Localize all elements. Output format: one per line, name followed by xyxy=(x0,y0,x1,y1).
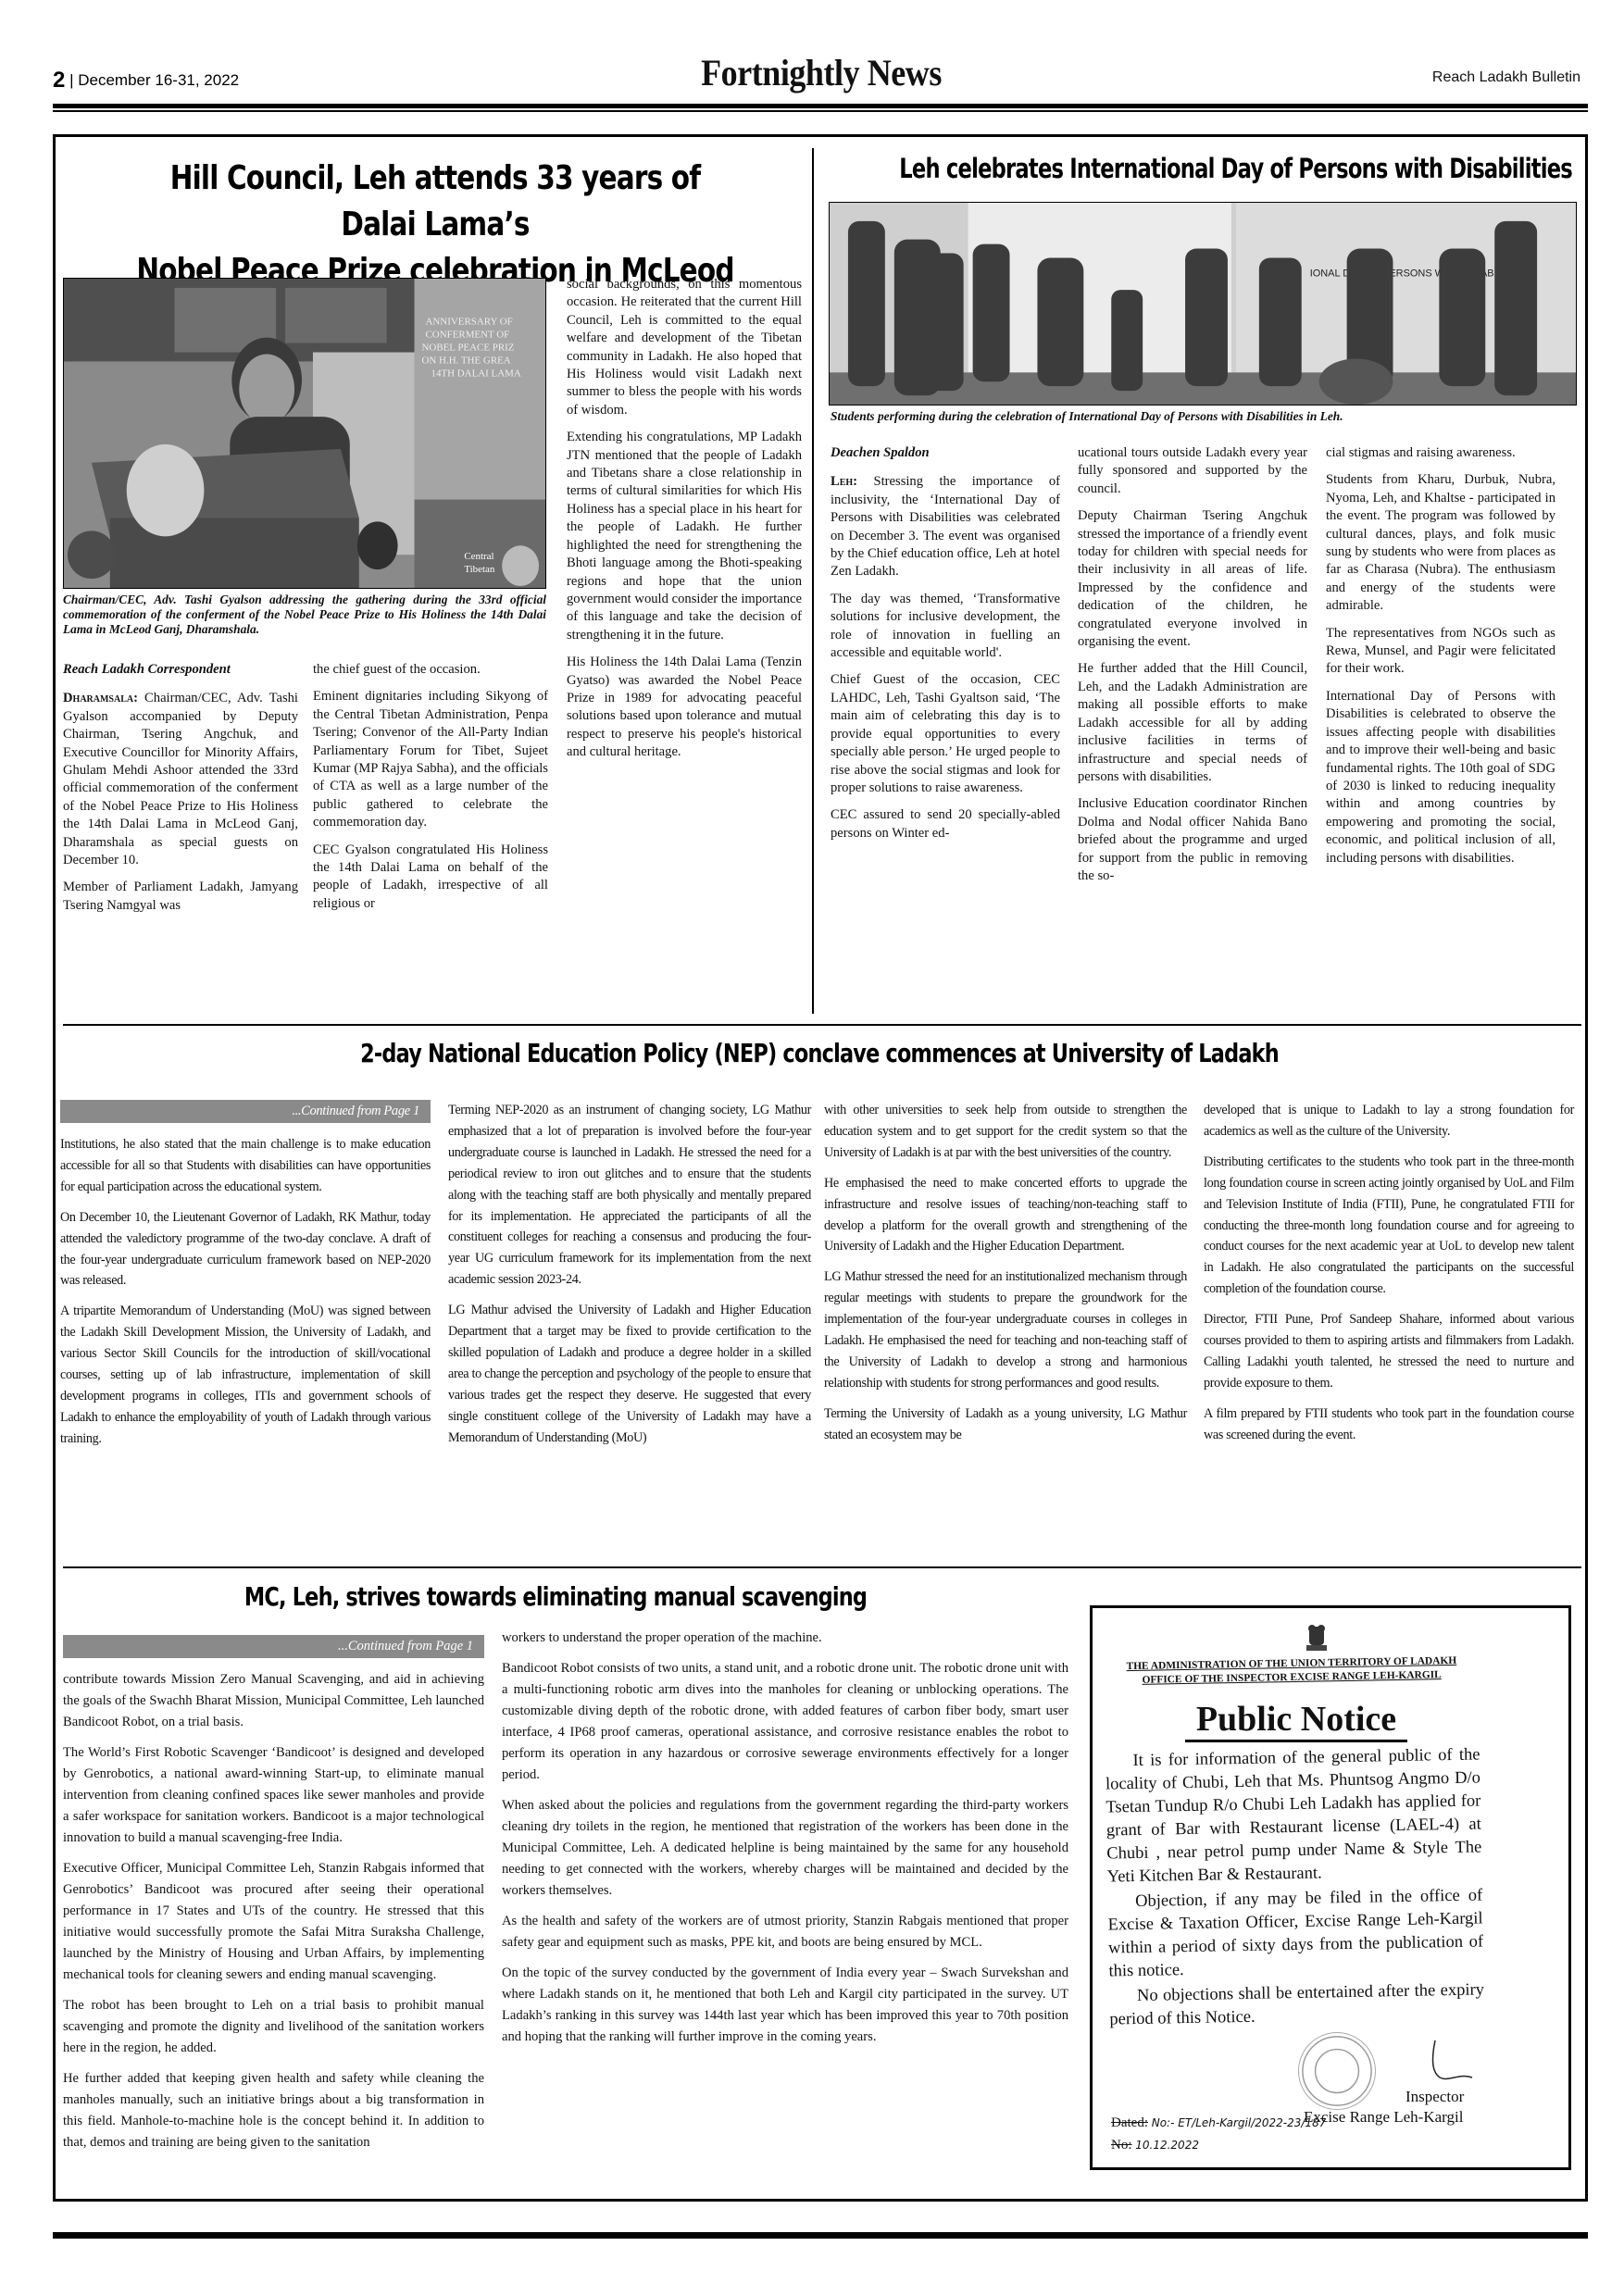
paragraph: Students from Kharu, Durbuk, Nubra, Nyom… xyxy=(1326,471,1555,615)
disabilities-column-1: Deachen Spaldon Leh: Stressing the impor… xyxy=(831,444,1060,852)
page-number: 2 xyxy=(53,68,65,93)
headline-scavenging: MC, Leh, strives towards eliminating man… xyxy=(156,1578,956,1616)
paragraph: LG Mathur advised the University of Lada… xyxy=(448,1300,811,1448)
byline: Deachen Spaldon xyxy=(831,444,1060,462)
notice-date: No: 10.12.2022 xyxy=(1111,2138,1199,2153)
national-emblem-icon xyxy=(1304,1623,1330,1654)
paragraph: Leh: Stressing the importance of inclusi… xyxy=(831,473,1060,580)
paragraph: A tripartite Memorandum of Understanding… xyxy=(60,1301,431,1449)
paragraph: The World’s First Robotic Scavenger ‘Ban… xyxy=(63,1742,484,1849)
paragraph: with other universities to seek help fro… xyxy=(824,1100,1187,1164)
svg-text:IONAL DAY OF PERSONS WITH DISA: IONAL DAY OF PERSONS WITH DISABILITY xyxy=(1310,268,1519,279)
svg-text:ANNIVERSARY OF: ANNIVERSARY OF xyxy=(425,317,512,328)
paragraph: On the topic of the survey conducted by … xyxy=(502,1963,1068,2048)
svg-text:Tibetan: Tibetan xyxy=(464,564,495,575)
column-divider xyxy=(812,148,814,1014)
nep-column-2: Terming NEP-2020 as an instrument of cha… xyxy=(448,1100,811,1458)
dalai-lama-column-1: Reach Ladakh Correspondent Dharamsala: C… xyxy=(63,661,298,924)
headline-line: Hill Council, Leh attends 33 years of Da… xyxy=(131,156,739,248)
paragraph: The robot has been brought to Leh on a t… xyxy=(63,1995,484,2059)
dalai-lama-column-3: social backgrounds, on this momentous oc… xyxy=(567,276,802,771)
paragraph: The day was themed, ‘Transformative solu… xyxy=(831,591,1060,663)
paragraph: Bandicoot Robot consists of two units, a… xyxy=(502,1658,1068,1786)
paragraph: the chief guest of the occasion. xyxy=(313,661,548,679)
scavenging-column-2: workers to understand the proper operati… xyxy=(502,1628,1068,2057)
paragraph: Inclusive Education coordinator Rinchen … xyxy=(1078,795,1307,885)
signature-icon xyxy=(1426,2036,1481,2091)
paragraph: On December 10, the Lieutenant Governor … xyxy=(60,1207,431,1292)
date-label: No: xyxy=(1111,2138,1132,2152)
publication-name: Reach Ladakh Bulletin xyxy=(1432,69,1580,86)
paragraph: Director, FTII Pune, Prof Sandeep Shahar… xyxy=(1204,1309,1574,1394)
svg-text:ON H.H. THE GREA: ON H.H. THE GREA xyxy=(422,355,511,366)
section-divider xyxy=(63,1566,1581,1568)
date-value: 10.12.2022 xyxy=(1135,2139,1199,2152)
paragraph: Terming the University of Ladakh as a yo… xyxy=(824,1404,1187,1446)
nep-column-1: ...Continued from Page 1 Institutions, h… xyxy=(60,1100,431,1459)
paragraph: contribute towards Mission Zero Manual S… xyxy=(63,1669,484,1733)
notice-paragraph: It is for information of the general pub… xyxy=(1105,1743,1482,1889)
continued-from-page-1: ...Continued from Page 1 xyxy=(63,1635,484,1658)
dateline: Dharamsala: xyxy=(63,691,138,705)
paragraph: Deputy Chairman Tsering Angchuk stressed… xyxy=(1078,507,1307,651)
signatory-title: Inspector xyxy=(1405,2088,1464,2106)
caption-disabilities: Students performing during the celebrati… xyxy=(831,409,1571,424)
paragraph: Eminent dignitaries including Sikyong of… xyxy=(313,688,548,831)
speaker-photo-icon: ANNIVERSARY OF CONFERMENT OF NOBEL PEACE… xyxy=(64,279,545,588)
paragraph: Extending his congratulations, MP Ladakh… xyxy=(567,429,802,644)
byline: Reach Ladakh Correspondent xyxy=(63,661,298,679)
paragraph: The representatives from NGOs such as Re… xyxy=(1326,625,1555,679)
scavenging-column-1: ...Continued from Page 1 contribute towa… xyxy=(63,1635,484,2163)
disabilities-column-2: ucational tours outside Ladakh every yea… xyxy=(1078,444,1307,894)
nep-column-3: with other universities to seek help fro… xyxy=(824,1100,1187,1455)
svg-text:NOBEL PEACE PRIZ: NOBEL PEACE PRIZ xyxy=(422,343,515,354)
paragraph: Member of Parliament Ladakh, Jamyang Tse… xyxy=(63,879,298,915)
paragraph: Terming NEP-2020 as an instrument of cha… xyxy=(448,1100,811,1291)
paragraph: Distributing certificates to the student… xyxy=(1204,1152,1574,1300)
official-seal-icon xyxy=(1298,2032,1376,2110)
notice-title: Public Notice xyxy=(1185,1699,1407,1742)
nep-column-4: developed that is unique to Ladakh to la… xyxy=(1204,1100,1574,1455)
photo-students-performing: IONAL DAY OF PERSONS WITH DISABILITY xyxy=(829,202,1577,406)
paragraph: Executive Officer, Municipal Committee L… xyxy=(63,1858,484,1986)
photo-dalai-lama-event: ANNIVERSARY OF CONFERMENT OF NOBEL PEACE… xyxy=(63,278,546,589)
continued-from-page-1: ...Continued from Page 1 xyxy=(60,1100,431,1123)
dateline: Leh: xyxy=(831,474,857,489)
headline-disabilities: Leh celebrates International Day of Pers… xyxy=(899,150,1498,187)
paragraph: He further added that the Hill Council, … xyxy=(1078,660,1307,786)
paragraph: As the health and safety of the workers … xyxy=(502,1911,1068,1953)
paragraph: Institutions, he also stated that the ma… xyxy=(60,1134,431,1198)
paragraph: When asked about the policies and regula… xyxy=(502,1795,1068,1902)
paragraph: cial stigmas and raising awareness. xyxy=(1326,444,1555,462)
reference-label: Dated: xyxy=(1111,2115,1148,2130)
paragraph: Dharamsala: Chairman/CEC, Adv. Tashi Gya… xyxy=(63,690,298,869)
paragraph-text: Stressing the importance of inclusivity,… xyxy=(831,474,1060,579)
section-divider xyxy=(63,1024,1581,1026)
paragraph: social backgrounds, on this momentous oc… xyxy=(567,276,802,419)
paragraph: He further added that keeping given heal… xyxy=(63,2068,484,2153)
paragraph: LG Mathur stressed the need for an insti… xyxy=(824,1267,1187,1393)
dalai-lama-column-2: the chief guest of the occasion. Eminent… xyxy=(313,661,548,922)
paragraph: workers to understand the proper operati… xyxy=(502,1628,1068,1649)
headline-nep: 2-day National Education Policy (NEP) co… xyxy=(208,1035,1430,1072)
paragraph: He emphasised the need to make concerted… xyxy=(824,1173,1187,1258)
notice-reference: Dated: No:- ET/Leh-Kargil/2022-23/187 xyxy=(1111,2115,1326,2131)
paragraph: International Day of Persons with Disabi… xyxy=(1326,688,1555,867)
public-notice-ad: THE ADMINISTRATION OF THE UNION TERRITOR… xyxy=(1090,1605,1571,2170)
notice-paragraph: Objection, if any may be filed in the of… xyxy=(1107,1884,1484,1983)
section-title: Fortnightly News xyxy=(130,51,1513,94)
paragraph: Chief Guest of the occasion, CEC LAHDC, … xyxy=(831,671,1060,797)
paragraph: developed that is unique to Ladakh to la… xyxy=(1204,1100,1574,1142)
paragraph-text: Chairman/CEC, Adv. Tashi Gyalson accompa… xyxy=(63,691,298,867)
svg-text:14TH DALAI LAMA: 14TH DALAI LAMA xyxy=(431,368,520,379)
masthead-rule xyxy=(53,104,1588,112)
signatory-office: Excise Range Leh-Kargil xyxy=(1304,2108,1463,2127)
paragraph: ucational tours outside Ladakh every yea… xyxy=(1078,444,1307,498)
disabilities-column-3: cial stigmas and raising awareness. Stud… xyxy=(1326,444,1555,877)
reference-number: No:- ET/Leh-Kargil/2022-23/187 xyxy=(1152,2116,1327,2129)
dance-photo-icon: IONAL DAY OF PERSONS WITH DISABILITY xyxy=(830,203,1576,405)
paragraph: A film prepared by FTII students who too… xyxy=(1204,1404,1574,1446)
caption-dalai-lama: Chairman/CEC, Adv. Tashi Gyalson address… xyxy=(63,593,546,637)
notice-issuer: THE ADMINISTRATION OF THE UNION TERRITOR… xyxy=(1125,1654,1458,1688)
svg-text:CONFERMENT OF: CONFERMENT OF xyxy=(425,330,509,341)
paragraph: CEC Gyalson congratulated His Holiness t… xyxy=(313,842,548,914)
svg-text:Central: Central xyxy=(464,551,493,562)
masthead: 2 | December 16-31, 2022 Fortnightly New… xyxy=(53,51,1590,97)
footer-rule xyxy=(53,2232,1588,2239)
notice-paragraph: No objections shall be entertained after… xyxy=(1109,1978,1485,2031)
paragraph: His Holiness the 14th Dalai Lama (Tenzin… xyxy=(567,654,802,761)
paragraph: CEC assured to send 20 specially-abled p… xyxy=(831,806,1060,842)
notice-body: It is for information of the general pub… xyxy=(1105,1743,1484,2033)
